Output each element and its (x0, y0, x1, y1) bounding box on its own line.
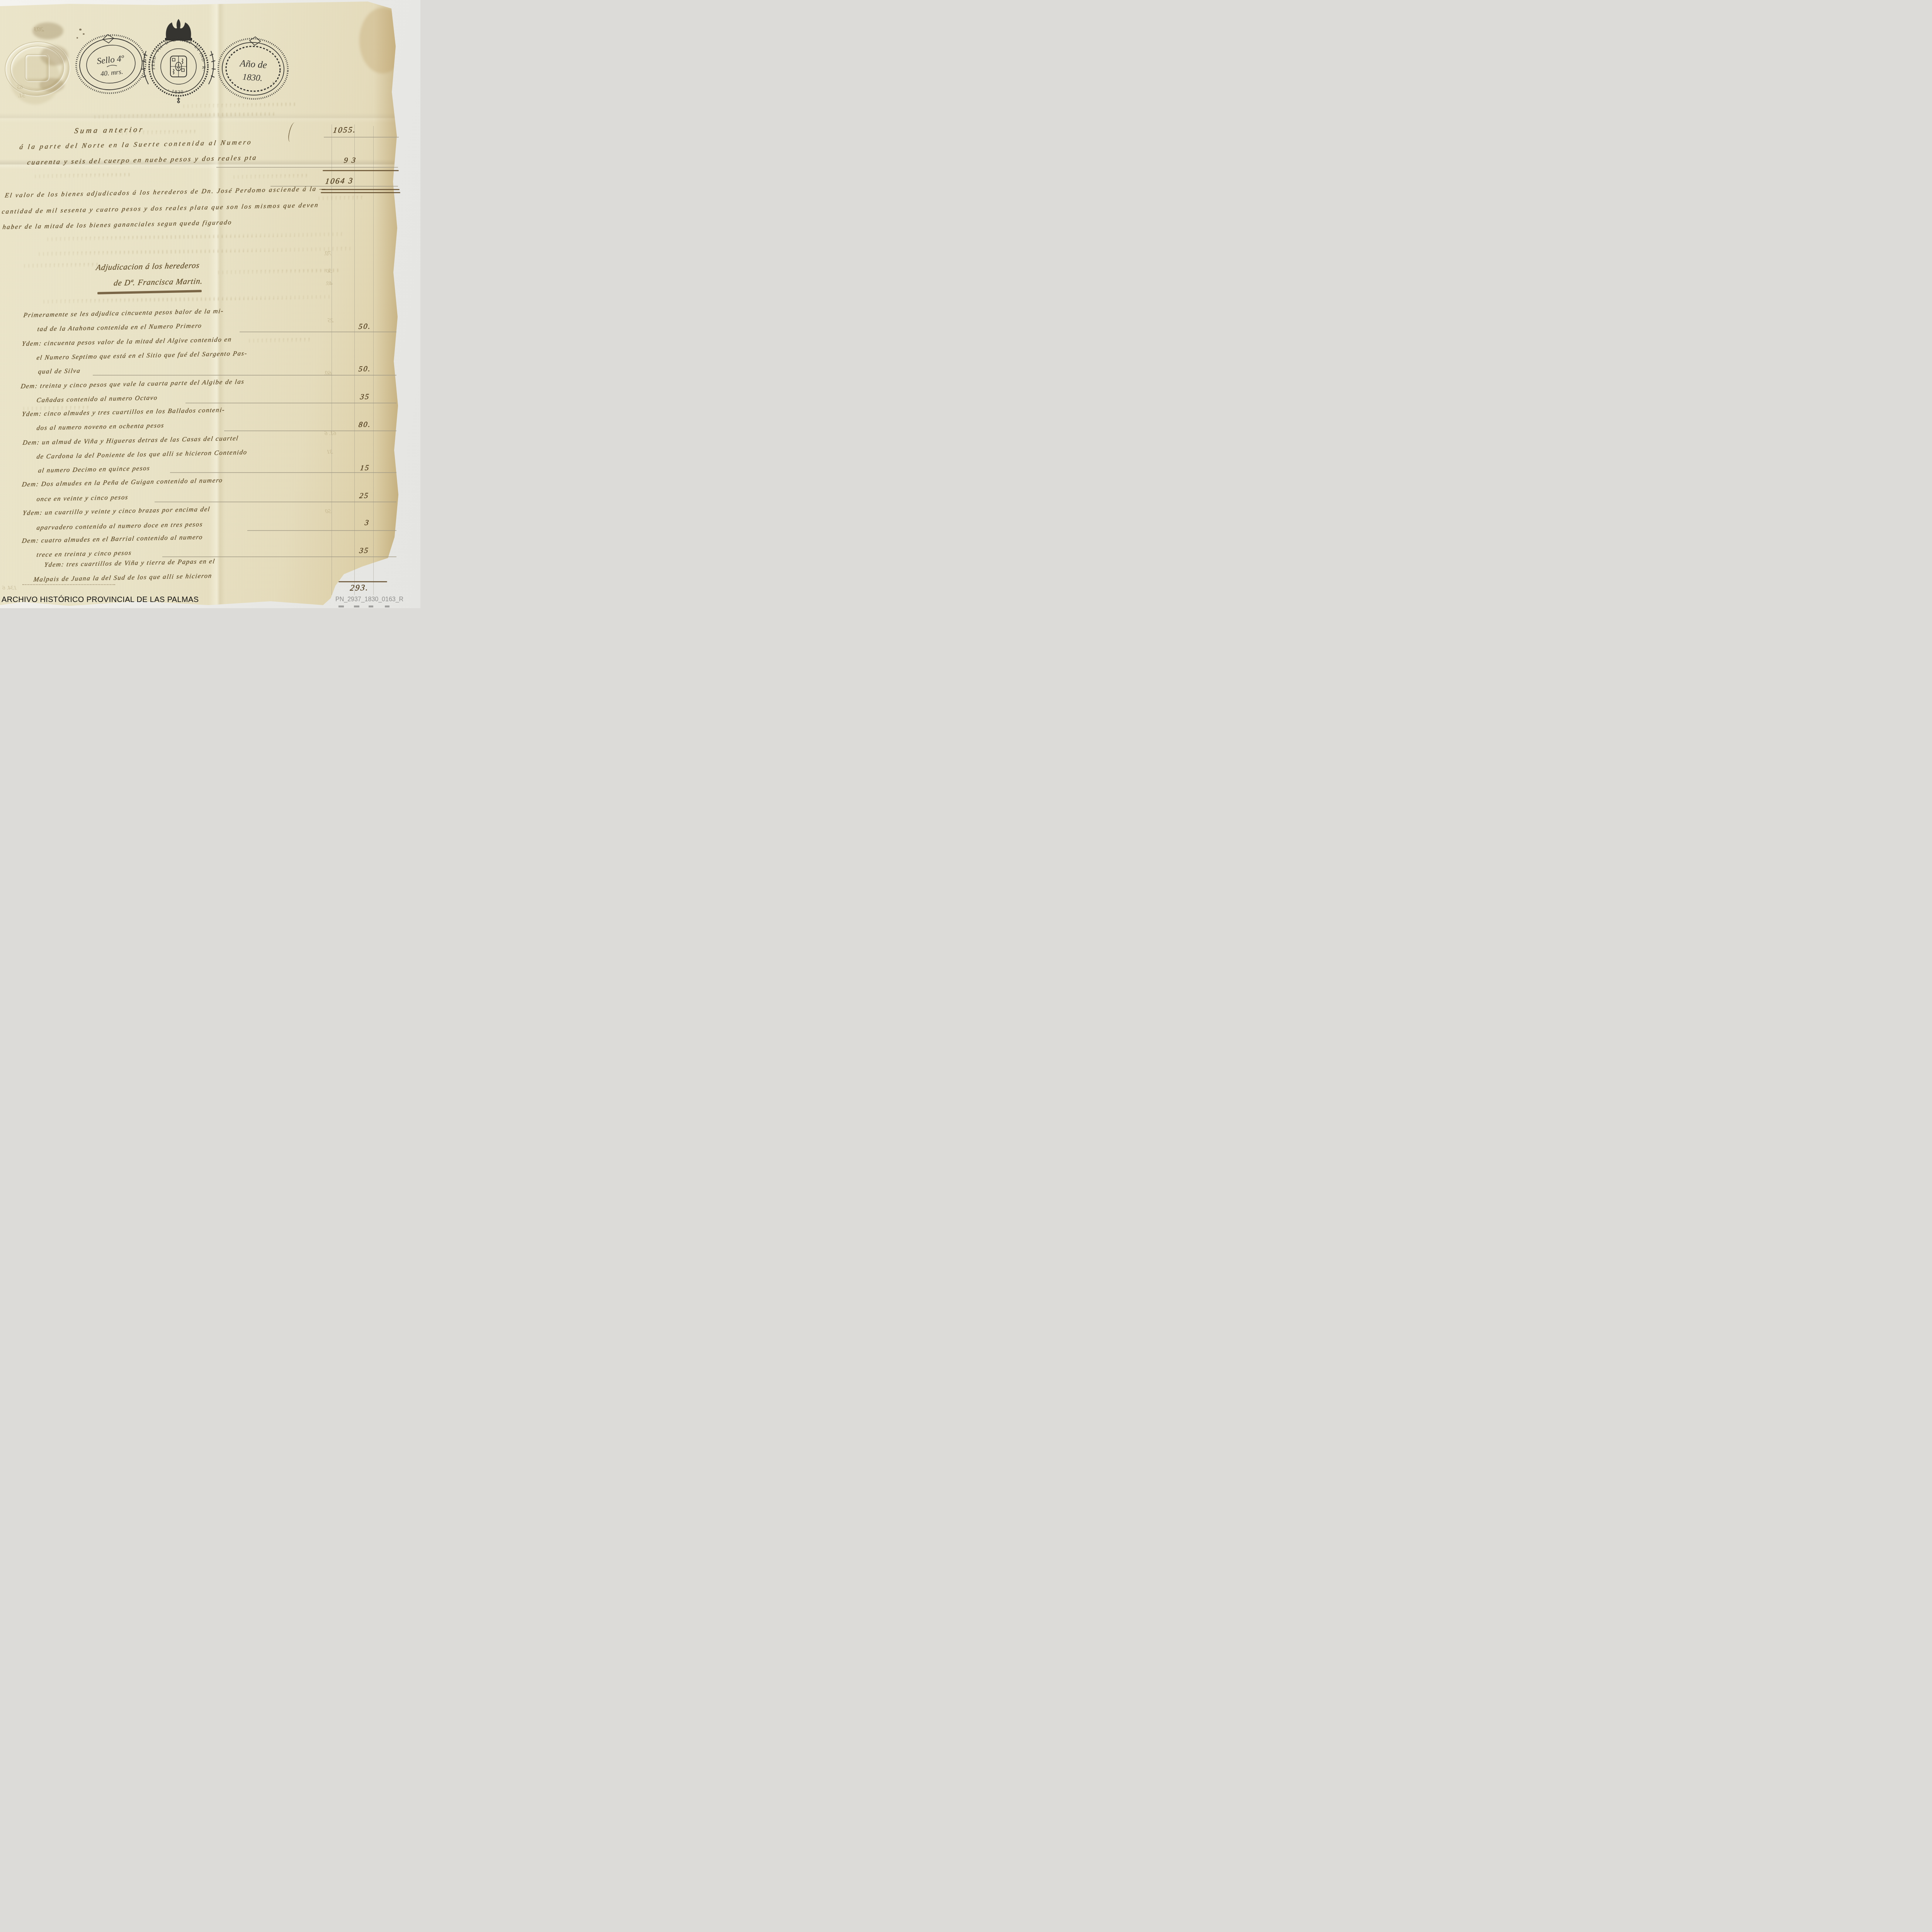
diamond-ornament (249, 36, 260, 46)
pencil-rule (324, 137, 399, 138)
ghost-number: 70. (323, 250, 332, 257)
ghost-number: 60. (323, 370, 332, 377)
embossed-seal-shield (25, 54, 49, 81)
document-scan: Sello 4º 40. mrs. FERD· VII· D· G· HISP·… (0, 0, 420, 608)
archive-reference-label: PN_2937_1830_0163_R (335, 596, 403, 603)
torn-edge-shading (374, 0, 399, 608)
ghost-number: 40. (325, 281, 333, 287)
ghost-number: 65 (17, 84, 23, 91)
reference-dash (369, 605, 373, 607)
anno-1830-stamp: Año de 1830. .. .. (216, 34, 290, 101)
ghost-number: 134. 6 (2, 585, 17, 592)
amount-item-8: 35 (359, 546, 370, 555)
ink-rule-double-bottom (321, 192, 400, 193)
amount-item-7: 3 (364, 519, 370, 527)
svg-text:· 1830 ·: · 1830 · (167, 87, 189, 95)
amount-item-2: 50. (358, 365, 372, 374)
amount-item-4: 80. (358, 420, 372, 430)
ink-rule-single (323, 170, 399, 171)
ghost-number: 50 (325, 509, 332, 515)
sello-40mrs-stamp: Sello 4º 40. mrs. (73, 31, 148, 97)
item-2-line-3: qual de Silva (37, 367, 81, 376)
amount-carried-total: 1064 3 (325, 176, 354, 186)
ghost-number: 203 (34, 26, 44, 33)
amount-entry: 9 3 (344, 156, 357, 165)
reference-dash (385, 605, 389, 607)
pencil-rule (240, 332, 396, 332)
pencil-rule (247, 530, 396, 531)
dots-ornament: .. (230, 75, 233, 81)
pencil-rule (224, 430, 396, 431)
stamp-year-legend: · 1830 · (167, 87, 189, 95)
section-heading-line-2: de Dª. Francisca Martin. (113, 276, 204, 288)
stamp-class-label: Sello 4º (96, 53, 124, 66)
stain (359, 8, 406, 73)
reference-dash (338, 605, 344, 607)
ink-rule-double-top (321, 189, 400, 190)
ink-rule-total (338, 581, 387, 582)
ledger-column-rule (354, 124, 355, 595)
dotted-ink-rule (22, 584, 115, 585)
amount-column-total: 293. (349, 583, 369, 593)
dots-ornament: .. (272, 78, 275, 84)
crown-icon (166, 19, 191, 38)
ledger-column-rule (373, 126, 374, 595)
ghost-number: 50 (326, 268, 332, 275)
pencil-rule (155, 502, 396, 502)
amount-item-3: 35 (360, 393, 371, 401)
stamp-year-label-2: 1830. (242, 72, 263, 83)
amount-item-6: 25 (359, 492, 370, 500)
amount-previous-sum: 1055. (332, 125, 357, 135)
pencil-rule (162, 556, 396, 557)
ghost-number: 31 (327, 449, 333, 456)
reference-dash (354, 605, 359, 607)
coat-of-arms (170, 56, 187, 77)
ledger-column-rule (332, 124, 332, 595)
ghost-number: 51. (17, 93, 26, 99)
ghost-number: 61. 6 (324, 430, 337, 437)
amount-item-1: 50. (358, 322, 372, 332)
stamp-price-label: 40. mrs. (100, 68, 123, 78)
suma-anterior-label: Suma anterior (74, 125, 145, 136)
royal-arms-stamp: FERD· VII· D· G· HISP· ET IND· R· · 1830… (141, 19, 216, 103)
revenue-stamp-group: Sello 4º 40. mrs. FERD· VII· D· G· HISP·… (70, 19, 290, 105)
amount-item-5: 15 (360, 464, 371, 473)
pencil-rule (185, 403, 396, 403)
pencil-rule (93, 375, 396, 376)
pencil-rule (216, 167, 398, 168)
archive-institution-label: ARCHIVO HISTÓRICO PROVINCIAL DE LAS PALM… (2, 595, 199, 604)
ghost-number: 25 (327, 318, 334, 324)
laurel-sprig-right (209, 51, 216, 84)
pendant-ornament (177, 97, 180, 103)
laurel-sprig-left (141, 51, 148, 84)
stamp-year-label-1: Año de (239, 58, 267, 70)
